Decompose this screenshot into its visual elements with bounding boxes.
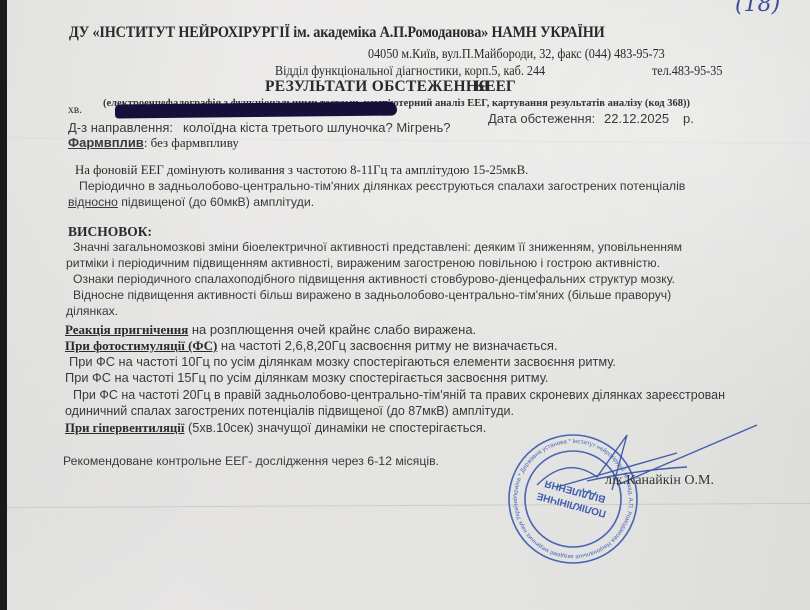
conclusion-p1-line-2: ритміки і періодичним підвищенням активн… (66, 256, 660, 270)
signature-scribble-icon (477, 415, 777, 505)
conclusion-p2: Ознаки періодичного спалахоподібного під… (73, 272, 675, 286)
document-page: (18) ДУ «ІНСТИТУТ НЕЙРОХІРУРГІЇ ім. акад… (7, 0, 810, 610)
findings-relative-word: відносно (68, 195, 118, 209)
findings-line-1: На фоновій ЕЕГ домінують коливання з час… (75, 163, 528, 178)
hyperventilation-value: (5хв.10сек) значущої динаміки не спостер… (184, 420, 486, 435)
recommendation: Рекомендоване контрольне ЕЕГ- дослідженн… (63, 454, 439, 468)
institution-name: ДУ «ІНСТИТУТ НЕЙРОХІРУРГІЇ ім. академіка… (69, 24, 605, 42)
pharm-value: : без фармвпливу (144, 135, 239, 150)
conclusion-p1-line-1: Значні загальномозкові зміни біоелектрич… (73, 240, 682, 254)
photostim-value: на частоті 2,6,8,20Гц засвоєння ритму не… (217, 338, 557, 353)
fs-15hz-line: При ФС на частоті 15Гц по усім ділянкам … (65, 370, 548, 385)
photostim-label: При фотостимуляції (ФС) (65, 338, 217, 353)
redacted-patient-name (115, 102, 397, 119)
referral-label: Д-з направлення: (68, 120, 173, 135)
findings-line-3-rest: підвищеної (до 60мкВ) амплітуди. (118, 195, 314, 209)
report-title: РЕЗУЛЬТАТИ ОБСТЕЖЕННЯ (265, 78, 490, 96)
conclusion-heading: ВИСНОВОК: (68, 224, 152, 240)
institution-address: 04050 м.Київ, вул.П.Майбороди, 32, факс … (368, 46, 665, 62)
fs-10hz-line: При ФС на частоті 10Гц по усім ділянкам … (69, 354, 616, 369)
referral-diagnosis: колоїдна кіста третього шлуночка? Мігрен… (183, 120, 450, 135)
photostim-line: При фотостимуляції (ФС) на частоті 2,6,8… (65, 338, 558, 354)
conclusion-p3-line-1: Відносне підвищення активності більш вир… (73, 288, 671, 302)
findings-line-2: Періодично в задньолобово-центрально-тім… (79, 179, 685, 193)
hyperventilation-label: При гіпервентиляції (65, 421, 184, 435)
pharm-line: Фармвплив: без фармвпливу (68, 135, 239, 151)
reaction-label: Реакція пригнічення (65, 322, 188, 337)
exam-date: 22.12.2025 (604, 111, 669, 126)
handwritten-page-number: (18) (735, 0, 780, 17)
pharm-label: Фармвплив (68, 135, 144, 150)
exam-date-suffix: р. (683, 111, 694, 126)
department-line: Відділ функціональної діагностики, корп.… (275, 63, 545, 79)
reaction-line: Реакція пригнічення на розплющення очей … (65, 322, 476, 338)
department-phone: тел.483-95-35 (652, 63, 722, 79)
fs-20hz-line-2: одиничний спалах загострених потенціалів… (65, 404, 514, 418)
doctor-signature: лік.Канайкін О.М. (605, 473, 714, 489)
report-code: КЕЕГ (474, 78, 516, 96)
patient-prefix: хв. (68, 104, 82, 116)
reaction-value: на розплющення очей крайнє слабо виражен… (188, 322, 476, 337)
hyperventilation-line: При гіпервентиляції (5хв.10сек) значущої… (65, 420, 486, 436)
findings-line-3: відносно підвищеної (до 60мкВ) амплітуди… (68, 195, 314, 209)
conclusion-p3-line-2: ділянках. (66, 304, 118, 318)
fs-20hz-line-1: При ФС на частоті 20Гц в правій задньоло… (73, 388, 725, 402)
exam-date-label: Дата обстеження: (488, 111, 595, 126)
